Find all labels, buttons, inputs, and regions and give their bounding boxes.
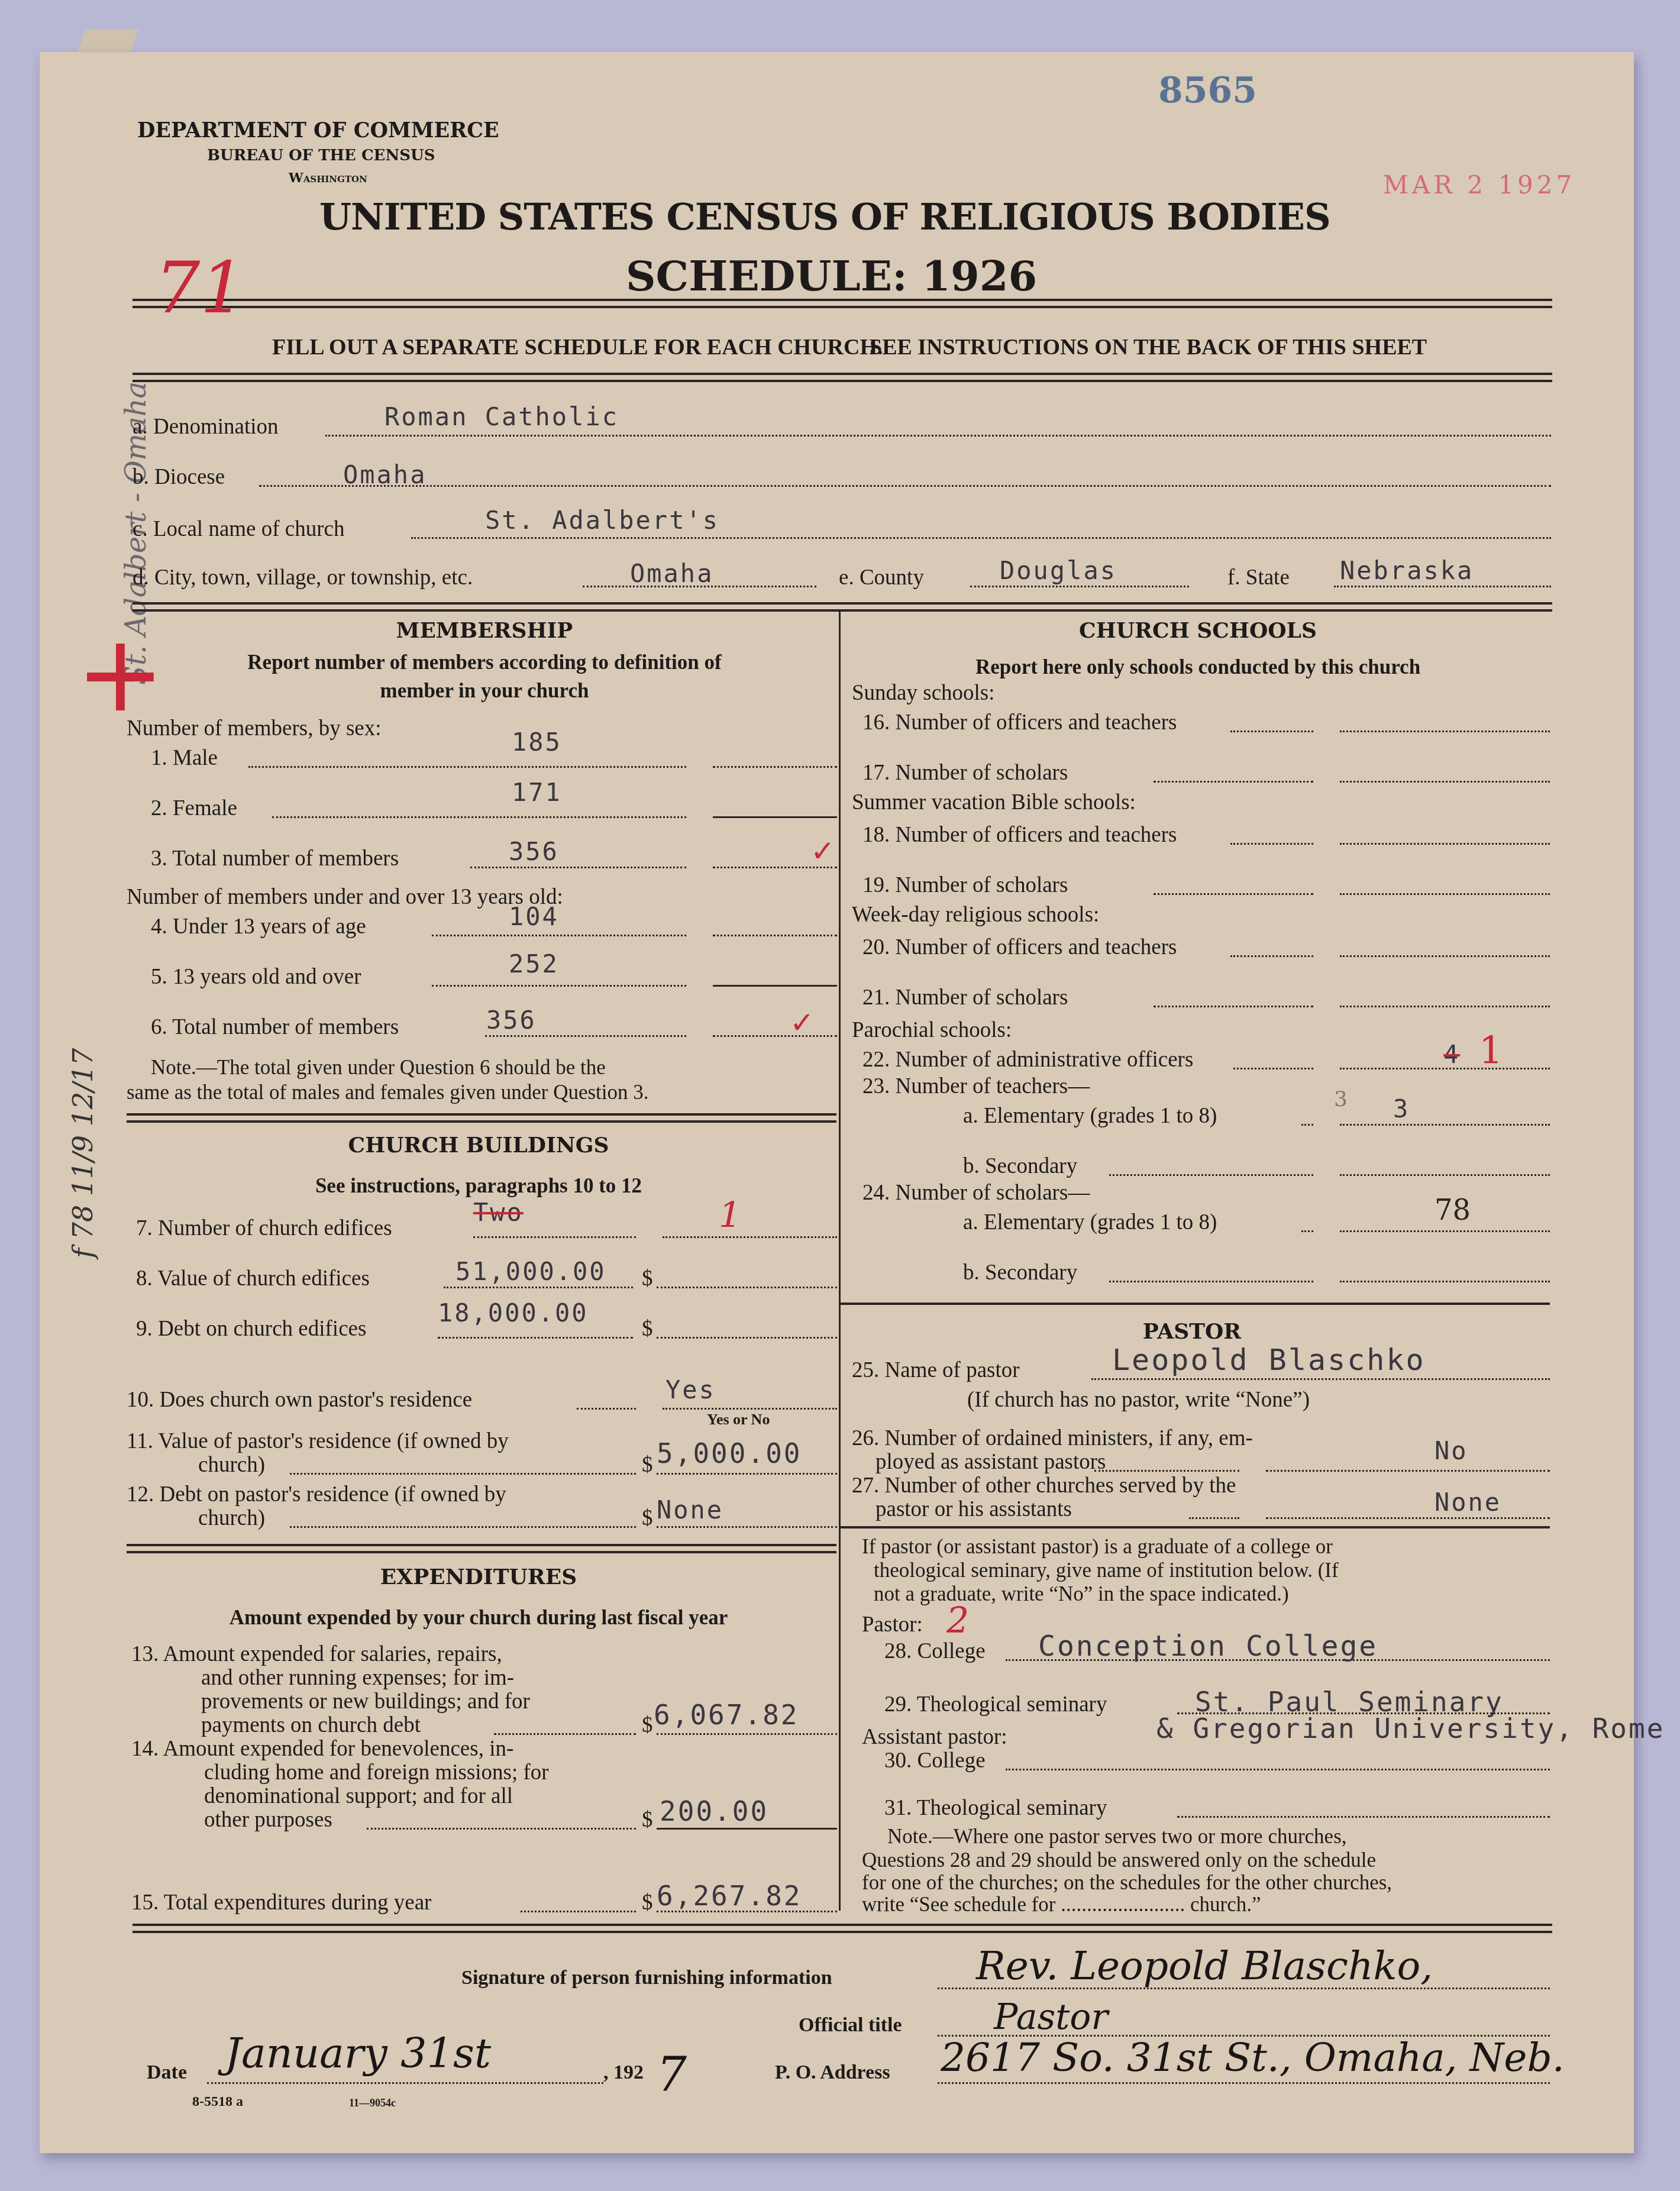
q13-currency: $	[642, 1712, 653, 1738]
expenditures-subtitle: Amount expended by your church during la…	[127, 1606, 831, 1630]
q17-answer-line[interactable]	[1340, 781, 1550, 783]
q13-line-3: provements or new buildings; and for	[201, 1689, 530, 1714]
department-name: DEPARTMENT OF COMMERCE	[137, 118, 499, 143]
assistant-pastor-subheading: Assistant pastor:	[862, 1724, 1007, 1750]
state-label: f. State	[1227, 565, 1290, 590]
q23-label: 23. Number of teachers—	[862, 1074, 1090, 1099]
po-address-value[interactable]: 2617 So. 31st St., Omaha, Neb.	[941, 2035, 1565, 2080]
denomination-field-line[interactable]	[325, 435, 1551, 437]
q9-currency: $	[642, 1316, 653, 1342]
weekday-schools-label: Week-day religious schools:	[852, 902, 1099, 928]
members-by-sex-label: Number of members, by sex:	[127, 716, 382, 741]
q5-over13-check-line[interactable]	[713, 985, 837, 987]
q13-answer-line[interactable]	[657, 1733, 837, 1735]
pastor-note-line-1: Note.—Where one pastor serves two or mor…	[887, 1825, 1347, 1849]
q28-label: 28. College	[884, 1639, 986, 1664]
graduate-note-line-3: not a graduate, write “No” in the space …	[874, 1582, 1289, 1606]
q26-label-1: 26. Number of ordained ministers, if any…	[852, 1426, 1253, 1451]
q23a-value[interactable]: 3	[1393, 1094, 1410, 1123]
q14-currency: $	[642, 1807, 653, 1833]
form-code: 8-5518 a	[192, 2094, 243, 2110]
diocese-field-line[interactable]	[259, 485, 1551, 487]
q29-seminary-value-continued[interactable]: & Gregorian University, Rome	[1156, 1712, 1665, 1744]
q13-line-1: 13. Amount expended for salaries, repair…	[131, 1641, 502, 1667]
city-label: d. City, town, village, or township, etc…	[133, 565, 473, 590]
form-title: UNITED STATES CENSUS OF RELIGIOUS BODIES	[319, 195, 1330, 238]
year-prefix: , 192	[603, 2061, 644, 2084]
q24b-label-text: b. Secondary	[963, 1261, 1077, 1285]
q23b-label-text: b. Secondary	[963, 1154, 1077, 1178]
q12-residence-debt-value[interactable]: None	[657, 1495, 723, 1524]
q14-amount-line[interactable]	[367, 1828, 636, 1830]
q12-residence-debt-line[interactable]	[290, 1526, 636, 1528]
received-date-stamp: MAR 2 1927	[1383, 170, 1575, 199]
year-suffix-value[interactable]: 7	[657, 2047, 687, 2102]
q18-label: 18. Number of officers and teachers	[862, 822, 1177, 848]
q25-label: 25. Name of pastor	[852, 1358, 1020, 1383]
q9-debt-label: 9. Debt on church edifices	[136, 1316, 366, 1342]
q5-over13-line[interactable]	[432, 985, 686, 987]
q14-line-4: other purposes	[204, 1807, 332, 1833]
signature-value[interactable]: Rev. Leopold Blaschko,	[976, 1943, 1433, 1989]
q12-residence-debt-label-1: 12. Debt on pastor's residence (if owned…	[127, 1482, 506, 1507]
membership-note-line-2: same as the total of males and females g…	[127, 1081, 836, 1104]
official-title-label: Official title	[799, 2014, 902, 2037]
q14-line-2: cluding home and foreign missions; for	[204, 1760, 549, 1785]
q8-value-amount[interactable]: 51,000.00	[455, 1257, 606, 1286]
q22-correction: 1	[1479, 1029, 1503, 1073]
q1-male-line[interactable]	[248, 766, 686, 768]
section-divider-rule	[133, 602, 1552, 612]
sunday-schools-label: Sunday schools:	[852, 680, 995, 706]
q11-residence-value-amount[interactable]: 5,000.00	[657, 1437, 802, 1469]
q6-total-value[interactable]: 356	[486, 1006, 537, 1035]
q5-over13-label: 5. 13 years old and over	[151, 964, 361, 990]
pastor-subheading: Pastor:	[862, 1612, 923, 1637]
q24b-line[interactable]	[1109, 1281, 1313, 1282]
q3-total-label: 3. Total number of members	[151, 846, 399, 871]
membership-subtitle-1: Report number of members according to de…	[133, 651, 836, 674]
q16-answer-line[interactable]	[1340, 731, 1550, 732]
q3-check-mark: ✓	[810, 834, 835, 868]
q26-line[interactable]	[1094, 1470, 1239, 1472]
county-label: e. County	[839, 565, 924, 590]
q15-currency: $	[642, 1890, 653, 1915]
q23b-answer-line[interactable]	[1340, 1174, 1550, 1176]
bureau-city: Washington	[289, 170, 367, 186]
q7-edifices-label: 7. Number of church edifices	[136, 1216, 392, 1241]
q11-currency: $	[642, 1452, 653, 1478]
header-double-rule-top	[133, 299, 1552, 308]
q24b-answer-line[interactable]	[1340, 1281, 1550, 1282]
q9-debt-check-line[interactable]	[657, 1337, 837, 1339]
q31-label: 31. Theological seminary	[884, 1795, 1107, 1821]
q16-label: 16. Number of officers and teachers	[862, 710, 1177, 735]
membership-end-rule	[127, 1113, 836, 1123]
q23a-answer-line[interactable]	[1340, 1124, 1550, 1126]
q17-label: 17. Number of scholars	[862, 760, 1068, 786]
q15-total-value[interactable]: 6,267.82	[657, 1880, 802, 1912]
q26-label-2: ployed as assistant pastors	[875, 1449, 1106, 1475]
q3-total-value[interactable]: 356	[509, 837, 559, 866]
q24a-answer-line[interactable]	[1340, 1230, 1550, 1232]
q19-label: 19. Number of scholars	[862, 872, 1068, 898]
q5-over13-value[interactable]: 252	[509, 949, 559, 978]
q8-value-line[interactable]	[444, 1287, 633, 1288]
q2-female-line[interactable]	[272, 816, 686, 818]
denomination-label: a. Denomination	[133, 414, 279, 440]
q9-debt-line[interactable]	[438, 1337, 633, 1339]
q18-answer-line[interactable]	[1340, 843, 1550, 845]
q27-answer-line[interactable]	[1266, 1517, 1550, 1519]
pastor-note-line-4: write “See schedule for ................…	[862, 1893, 1261, 1917]
q27-label-1: 27. Number of other churches served by t…	[852, 1473, 1236, 1498]
footer-double-rule	[133, 1924, 1552, 1933]
q23a-pencil-value: 3	[1334, 1087, 1348, 1111]
q20-line[interactable]	[1230, 955, 1313, 957]
instruction-right: SEE INSTRUCTIONS ON THE BACK OF THIS SHE…	[870, 334, 1427, 360]
q25-hint: (If church has no pastor, write “None”)	[967, 1387, 1310, 1413]
q25-line[interactable]	[1091, 1378, 1550, 1380]
q13-line-2: and other running expenses; for im-	[201, 1665, 514, 1691]
q10-residence-label: 10. Does church own pastor's residence	[127, 1387, 472, 1413]
signature-label: Signature of person furnishing informati…	[461, 1967, 832, 1989]
q8-value-check-line[interactable]	[657, 1287, 837, 1288]
q26-value[interactable]: No	[1435, 1436, 1468, 1465]
q9-debt-amount[interactable]: 18,000.00	[438, 1298, 589, 1327]
q21-answer-line[interactable]	[1340, 1006, 1550, 1007]
date-value[interactable]: January 31st	[225, 2029, 491, 2077]
q15-total-line[interactable]	[521, 1911, 636, 1912]
local-name-label: c. Local name of church	[133, 516, 345, 542]
q27-value[interactable]: None	[1435, 1488, 1501, 1517]
q18-line[interactable]	[1230, 843, 1313, 845]
date-line[interactable]	[207, 2082, 603, 2084]
church-schools-subtitle: Report here only schools conducted by th…	[846, 655, 1550, 679]
pastor-heading: PASTOR	[840, 1319, 1544, 1344]
q30-label: 30. College	[884, 1748, 986, 1773]
margin-pencil-numbers: f 78 11/9 12/17	[67, 1022, 99, 1258]
q23a-label: a. Elementary (grades 1 to 8)	[963, 1103, 1217, 1129]
q24a-label: a. Elementary (grades 1 to 8)	[963, 1210, 1217, 1235]
q22-line[interactable]	[1233, 1068, 1313, 1069]
column-divider	[839, 609, 841, 1911]
q7-edifices-line[interactable]	[473, 1236, 636, 1238]
q19-answer-line[interactable]	[1340, 893, 1550, 895]
q30-line[interactable]	[1006, 1769, 1550, 1770]
diocese-value[interactable]: Omaha	[343, 460, 427, 489]
membership-note-line-1: Note.—The total given under Question 6 s…	[151, 1056, 837, 1080]
pastor-note-line-3: for one of the churches; on the schedule…	[862, 1871, 1392, 1895]
q11-residence-value-label-2: church)	[198, 1452, 265, 1478]
church-buildings-heading: CHURCH BUILDINGS	[127, 1133, 831, 1158]
q21-line[interactable]	[1154, 1006, 1313, 1007]
diocese-label: b. Diocese	[133, 464, 225, 490]
members-by-age-label: Number of members under and over 13 year…	[127, 884, 563, 910]
q29-label: 29. Theological seminary	[884, 1692, 1107, 1717]
q12-residence-debt-label-2: church)	[198, 1505, 265, 1531]
q10-yes-no-hint: Yes or No	[707, 1411, 770, 1429]
q8-currency: $	[642, 1266, 653, 1291]
q21-label: 21. Number of scholars	[862, 985, 1068, 1010]
state-field-line[interactable]	[1334, 586, 1551, 587]
q25-pastor-name[interactable]: Leopold Blaschko	[1112, 1343, 1426, 1377]
date-label: Date	[147, 2061, 187, 2084]
denomination-value[interactable]: Roman Catholic	[385, 402, 619, 431]
local-name-value[interactable]: St. Adalbert's	[485, 506, 719, 535]
q24-label: 24. Number of scholars—	[862, 1180, 1090, 1206]
header-double-rule-bottom	[133, 373, 1552, 382]
q6-total-line[interactable]	[485, 1035, 686, 1037]
q6-check-mark: ✓	[790, 1006, 815, 1040]
church-buildings-subtitle: See instructions, paragraphs 10 to 12	[127, 1174, 831, 1198]
q22-value[interactable]: 4	[1443, 1040, 1460, 1069]
q7-correction: 1	[719, 1195, 741, 1236]
q24a-label-text: a. Elementary (grades 1 to 8)	[963, 1210, 1217, 1235]
q4-under13-line[interactable]	[432, 935, 686, 936]
q13-line-4: payments on church debt	[201, 1712, 421, 1738]
q12-residence-debt-answer-line[interactable]	[657, 1526, 837, 1528]
q2-female-label: 2. Female	[151, 796, 237, 821]
q27-line[interactable]	[1189, 1517, 1239, 1519]
q26-answer-line[interactable]	[1266, 1470, 1550, 1472]
bureau-name: BUREAU OF THE CENSUS	[207, 147, 435, 164]
q19-line[interactable]	[1154, 893, 1313, 895]
q17-line[interactable]	[1154, 781, 1313, 783]
pastor-note-line-2: Questions 28 and 29 should be answered o…	[862, 1849, 1376, 1872]
q15-total-label: 15. Total expenditures during year	[131, 1890, 431, 1915]
po-address-label: P. O. Address	[775, 2061, 890, 2084]
q12-currency: $	[642, 1505, 653, 1531]
q23b-label: b. Secondary	[963, 1153, 1077, 1179]
buildings-end-rule	[127, 1544, 836, 1553]
membership-heading: MEMBERSHIP	[133, 618, 836, 643]
q11-residence-value-line[interactable]	[290, 1473, 636, 1475]
graduate-note-line-2: theological seminary, give name of insti…	[874, 1559, 1339, 1582]
q16-line[interactable]	[1230, 731, 1313, 732]
q4-under13-check-line[interactable]	[713, 935, 837, 936]
q1-male-check-line[interactable]	[713, 766, 837, 768]
q11-residence-value-label-1: 11. Value of pastor's residence (if owne…	[127, 1429, 509, 1454]
q13-amount-value[interactable]: 6,067.82	[654, 1699, 799, 1731]
city-value[interactable]: Omaha	[630, 559, 713, 588]
q14-amount-value[interactable]: 200.00	[660, 1795, 768, 1827]
schedule-year: SCHEDULE: 1926	[626, 251, 1037, 300]
q6-total-label: 6. Total number of members	[151, 1014, 399, 1040]
q2-female-check-line[interactable]	[713, 816, 837, 818]
q22-label: 22. Number of administrative officers	[862, 1047, 1193, 1072]
q10-residence-value[interactable]: Yes	[665, 1375, 716, 1404]
q20-answer-line[interactable]	[1340, 955, 1550, 957]
schools-end-rule	[840, 1303, 1550, 1305]
county-field-line[interactable]	[970, 586, 1189, 587]
margin-red-number: 71	[155, 247, 245, 329]
expenditures-heading: EXPENDITURES	[127, 1565, 831, 1589]
q4-under13-label: 4. Under 13 years of age	[151, 914, 366, 939]
q24a-line[interactable]	[1301, 1230, 1313, 1232]
summer-schools-label: Summer vacation Bible schools:	[852, 790, 1136, 815]
q7-edifices-check-line[interactable]	[663, 1236, 837, 1238]
state-value[interactable]: Nebraska	[1340, 556, 1474, 585]
pastor-divider-rule	[840, 1526, 1550, 1528]
q1-male-value[interactable]: 185	[512, 728, 562, 757]
local-name-field-line[interactable]	[411, 537, 1551, 539]
q4-under13-value[interactable]: 104	[509, 902, 559, 931]
q23a-label-text: a. Elementary (grades 1 to 8)	[963, 1104, 1217, 1128]
county-value[interactable]: Douglas	[1000, 556, 1117, 585]
q2-female-value[interactable]: 171	[512, 778, 562, 807]
q6-total-check-line[interactable]	[713, 1035, 837, 1037]
schedule-number-stamp: 8565	[1158, 70, 1257, 111]
print-code: 11—9054c	[349, 2097, 396, 2109]
q24a-value[interactable]: 78	[1435, 1194, 1471, 1227]
q27-label-2: pastor or his assistants	[875, 1497, 1072, 1522]
q7-edifices-value[interactable]: Two	[473, 1198, 524, 1227]
parochial-schools-label: Parochial schools:	[852, 1017, 1012, 1043]
instruction-left: FILL OUT A SEPARATE SCHEDULE FOR EACH CH…	[272, 334, 883, 360]
q8-value-label: 8. Value of church edifices	[136, 1266, 370, 1291]
graduate-note-line-1: If pastor (or assistant pastor) is a gra…	[862, 1535, 1333, 1559]
q28-college-value[interactable]: Conception College	[1038, 1630, 1378, 1663]
q14-line-1: 14. Amount expended for benevolences, in…	[131, 1736, 513, 1762]
q11-residence-value-answer-line[interactable]	[657, 1473, 837, 1475]
church-schools-heading: CHURCH SCHOOLS	[846, 618, 1550, 643]
q10-residence-line[interactable]	[577, 1408, 636, 1410]
q10-residence-answer-line[interactable]	[663, 1408, 837, 1410]
q20-label: 20. Number of officers and teachers	[862, 935, 1177, 960]
pastor-red-mark: 2	[946, 1600, 969, 1641]
q23b-line[interactable]	[1109, 1174, 1313, 1176]
q3-total-line[interactable]	[470, 867, 686, 868]
q13-amount-line[interactable]	[494, 1733, 636, 1735]
official-title-value[interactable]: Pastor	[994, 1996, 1108, 2038]
membership-subtitle-2: member in your church	[133, 679, 836, 703]
q24b-label: b. Secondary	[963, 1260, 1077, 1285]
q1-male-label: 1. Male	[151, 745, 218, 771]
q23a-line[interactable]	[1301, 1124, 1313, 1126]
q14-line-3: denominational support; and for all	[204, 1783, 513, 1809]
q14-answer-line[interactable]	[657, 1828, 837, 1830]
po-address-line[interactable]	[938, 2082, 1550, 2084]
q31-line[interactable]	[1177, 1816, 1550, 1818]
